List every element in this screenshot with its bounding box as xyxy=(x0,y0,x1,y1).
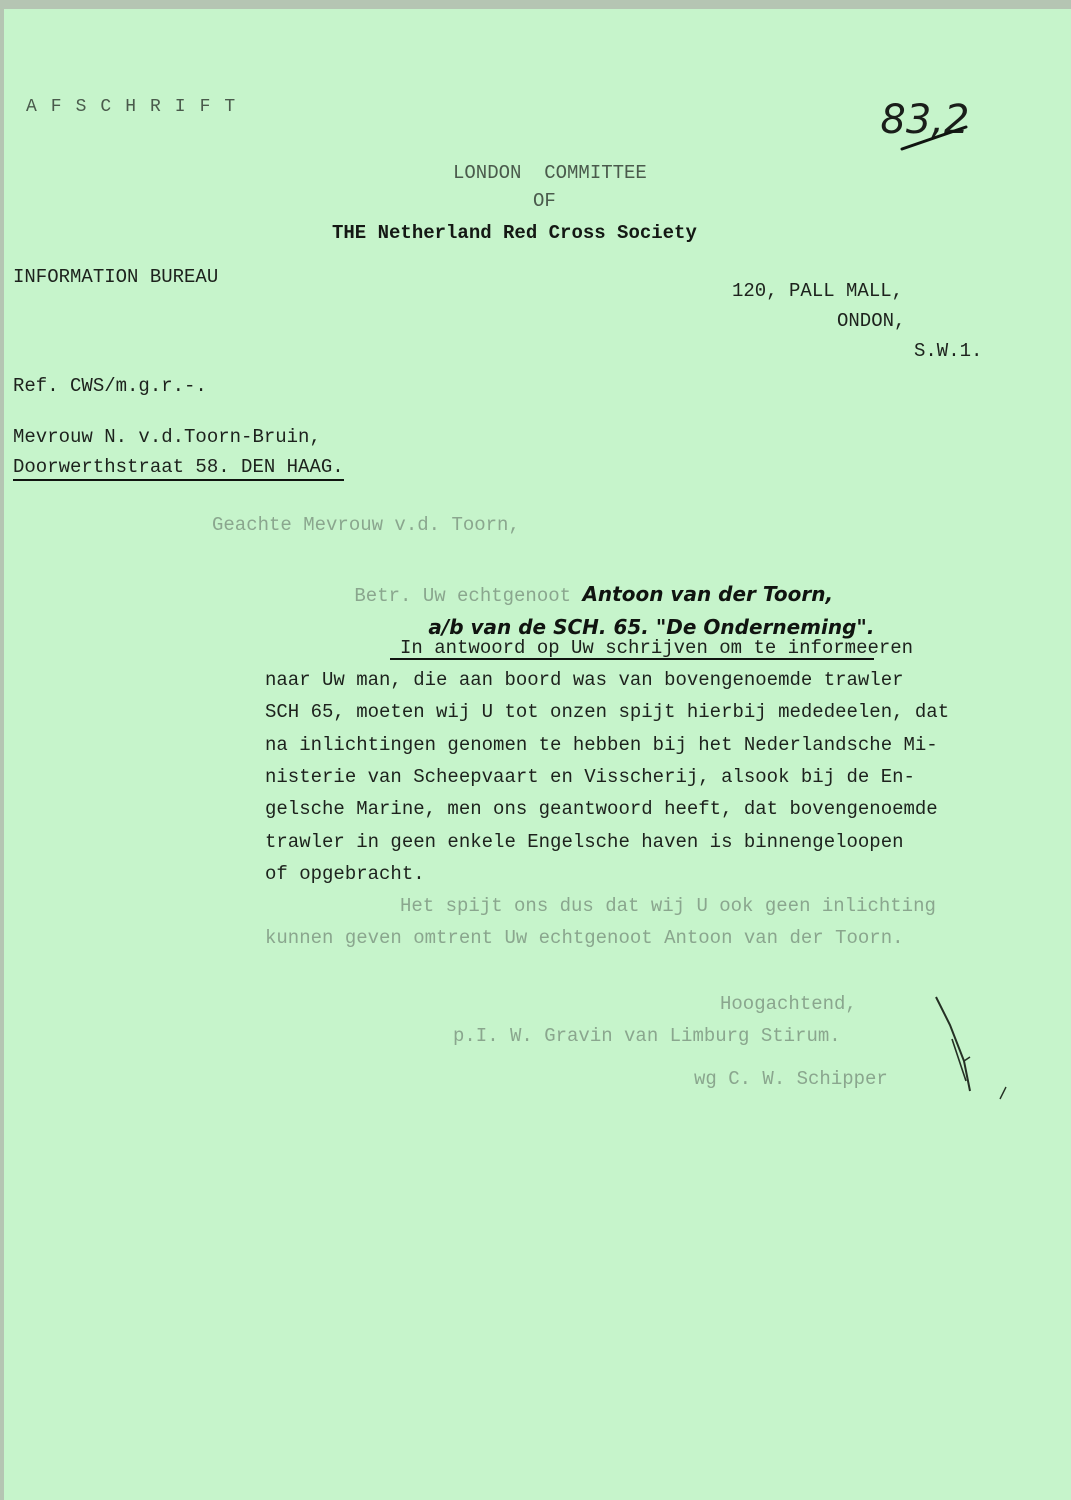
department: INFORMATION BUREAU xyxy=(13,266,218,288)
closing-signed-by: wg C. W. Schipper xyxy=(694,1068,888,1090)
archive-mark: 83,2 xyxy=(842,79,969,179)
document-page: AFSCHRIFT 83,2 LONDON COMMITTEE OF THE N… xyxy=(4,9,1071,1500)
recipient-address: Doorwerthstraat 58. DEN HAAG. xyxy=(13,456,344,481)
body-line-6: gelsche Marine, men ons geantwoord heeft… xyxy=(265,798,938,820)
underline-stroke-icon xyxy=(900,123,970,153)
signature-scribble-icon xyxy=(930,991,1010,1111)
body-line-3: SCH 65, moeten wij U tot onzen spijt hie… xyxy=(265,701,949,723)
body-line-4: na inlichtingen genomen te hebben bij he… xyxy=(265,734,938,756)
closing-signatory: p.I. W. Gravin van Limburg Stirum. xyxy=(453,1025,841,1047)
recipient-name: Mevrouw N. v.d.Toorn-Bruin, xyxy=(13,426,321,448)
body-line-9: Het spijt ons dus dat wij U ook geen inl… xyxy=(400,895,936,917)
sender-city: ONDON, xyxy=(837,310,905,332)
salutation: Geachte Mevrouw v.d. Toorn, xyxy=(212,514,520,536)
body-line-7: trawler in geen enkele Engelsche haven i… xyxy=(265,831,904,853)
body-line-1: In antwoord op Uw schrijven om te inform… xyxy=(400,637,913,659)
closing-greeting: Hoogachtend, xyxy=(720,993,857,1015)
sender-street: 120, PALL MALL, xyxy=(732,280,903,302)
sender-postcode: S.W.1. xyxy=(914,340,982,362)
subject-vessel: a/b van de SCH. 65. "De Onderneming". xyxy=(428,615,874,639)
body-line-2: naar Uw man, die aan boord was van boven… xyxy=(265,669,904,691)
body-line-10: kunnen geven omtrent Uw echtgenoot Antoo… xyxy=(265,927,904,949)
reference: Ref. CWS/m.g.r.-. xyxy=(13,375,207,397)
letterhead-line2: OF xyxy=(533,190,556,212)
letterhead-org: THE Netherland Red Cross Society xyxy=(332,222,697,244)
body-line-8: of opgebracht. xyxy=(265,863,425,885)
letterhead-line1: LONDON COMMITTEE xyxy=(453,162,647,184)
body-line-5: nisterie van Scheepvaart en Visscherij, … xyxy=(265,766,915,788)
afschrift-stamp: AFSCHRIFT xyxy=(26,97,249,117)
